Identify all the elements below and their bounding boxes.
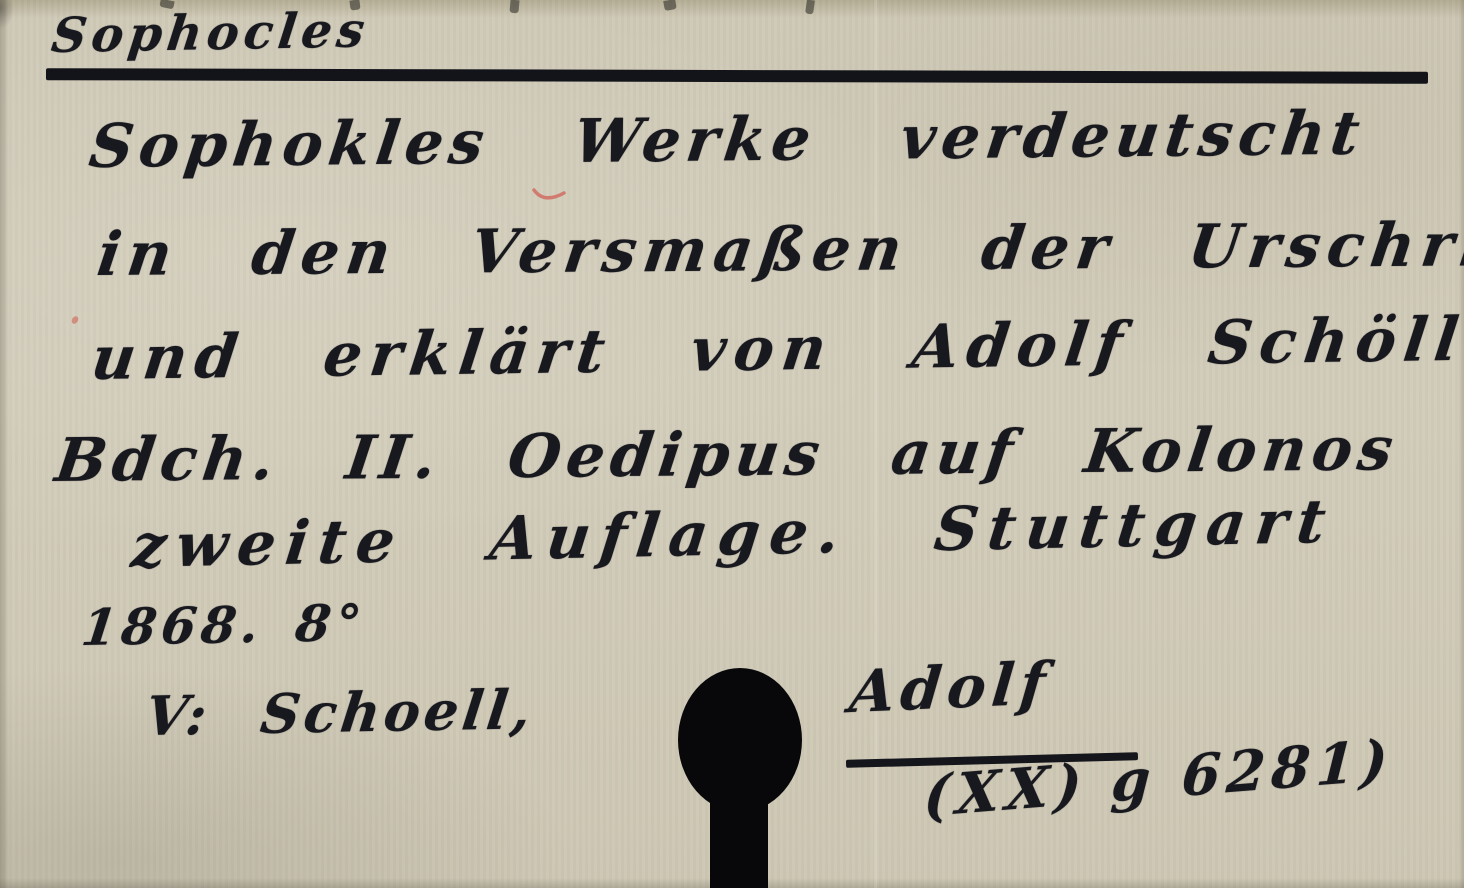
corner-smudge [0,0,26,40]
card-right-edge [1458,0,1464,888]
body-line-2: in den Versmaßen der Urschrift [93,210,1464,290]
body-line-1: Sophokles Werke verdeutscht [85,99,1369,182]
card-left-edge [0,0,9,888]
red-check-icon [530,186,570,206]
body-line-3: und erklärt von Adolf Schöll [88,305,1464,394]
heading-underline [46,68,1428,84]
cross-reference: V: Schoell, [142,677,538,748]
call-number-volume: (XX) [922,751,1089,830]
punch-hole-stem [710,784,768,888]
call-number-shelfmark: g 6281) [1109,727,1395,816]
scan-artifact [663,0,677,11]
author-first-name: Adolf [847,649,1055,726]
body-line-5: zweite Auflage. Stuttgart [128,487,1339,582]
body-line-4: Bdch. II. Oedipus auf Kolonos [51,414,1402,496]
scan-artifact [805,0,815,14]
scan-artifact [509,0,519,13]
call-number: (XX)g 6281) [922,727,1396,830]
red-ink-speck [70,315,79,325]
body-line-6: 1868. 8° [78,593,369,657]
catalog-card: Sophocles Sophokles Werke verdeutscht in… [0,0,1464,888]
card-heading: Sophocles [49,2,373,64]
